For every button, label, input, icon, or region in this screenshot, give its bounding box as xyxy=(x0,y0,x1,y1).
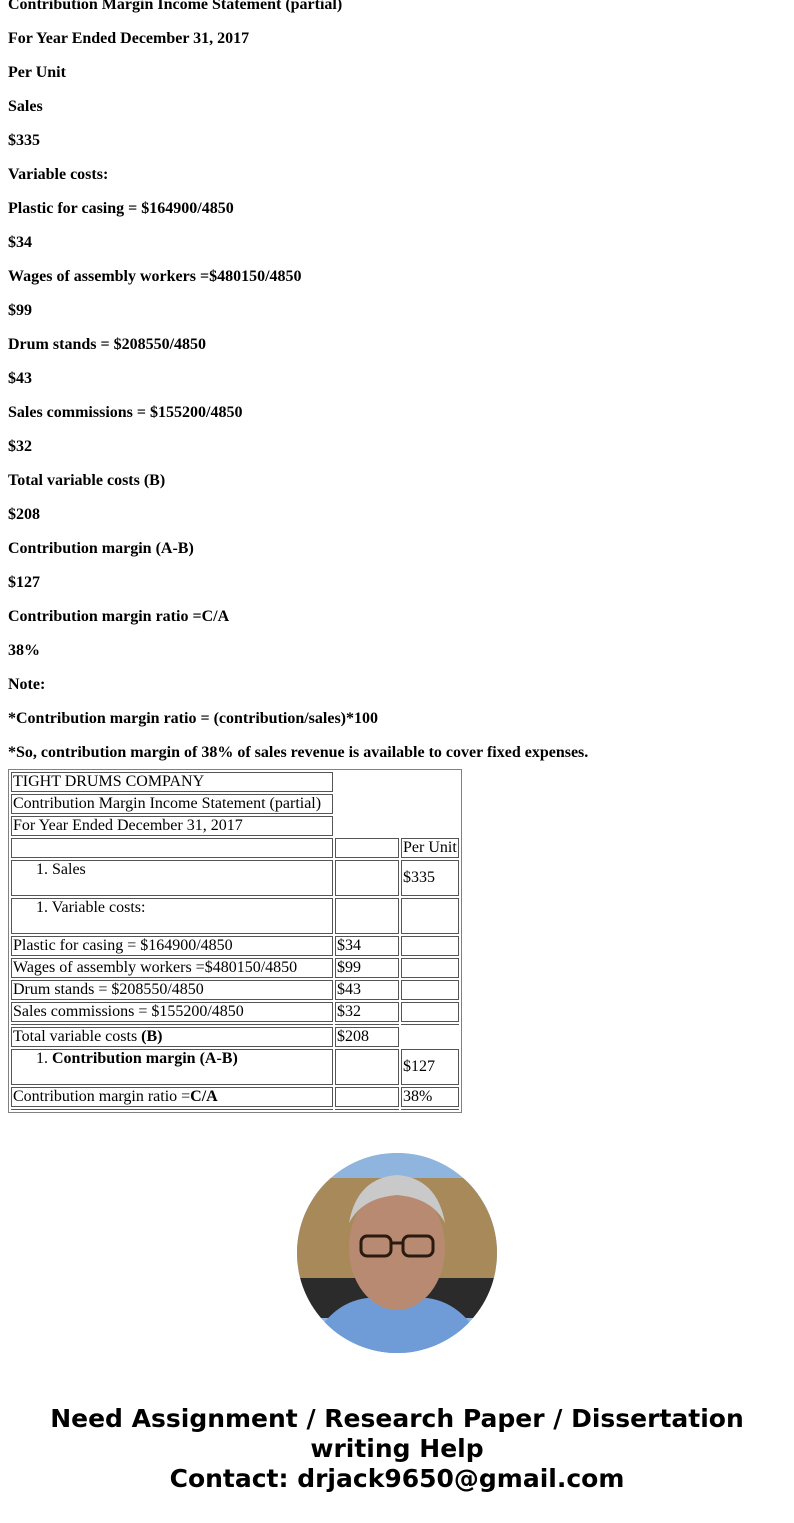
solution-line: $127 xyxy=(8,566,588,600)
contribution-margin-label: 1. Contribution margin (A-B) xyxy=(11,1049,333,1085)
sales-label: 1. Sales xyxy=(11,860,333,896)
ratio-label: Contribution margin ratio =C/A xyxy=(11,1087,333,1107)
solution-line: $335 xyxy=(8,124,588,158)
solution-line: Wages of assembly workers =$480150/4850 xyxy=(8,260,588,294)
total-variable-amount: $208 xyxy=(335,1027,399,1047)
solution-line: $208 xyxy=(8,498,588,532)
solution-line: Drum stands = $208550/4850 xyxy=(8,328,588,362)
statement-period: For Year Ended December 31, 2017 xyxy=(11,816,333,836)
solution-line: Note: xyxy=(8,668,588,702)
solution-line: $32 xyxy=(8,430,588,464)
footer-contact: Contact: drjack9650@gmail.com xyxy=(0,1464,794,1494)
solution-line: Plastic for casing = $164900/4850 xyxy=(8,192,588,226)
income-statement-table: TIGHT DRUMS COMPANY Contribution Margin … xyxy=(8,769,462,1113)
solution-line: Sales xyxy=(8,90,588,124)
table-row: Sales commissions = $155200/4850$32 xyxy=(11,1002,459,1022)
contact-footer: Need Assignment / Research Paper / Disse… xyxy=(0,1404,794,1494)
ratio-value: 38% xyxy=(401,1087,459,1107)
solution-line: For Year Ended December 31, 2017 xyxy=(8,22,588,56)
contribution-margin-per-unit: $127 xyxy=(401,1049,459,1085)
solution-line: Total variable costs (B) xyxy=(8,464,588,498)
solution-line: Variable costs: xyxy=(8,158,588,192)
solution-line: $99 xyxy=(8,294,588,328)
sales-per-unit: $335 xyxy=(401,860,459,896)
solution-line: Sales commissions = $155200/4850 xyxy=(8,396,588,430)
solution-line: $34 xyxy=(8,226,588,260)
portrait-image xyxy=(297,1153,497,1353)
solution-line: 38% xyxy=(8,634,588,668)
solution-line: $43 xyxy=(8,362,588,396)
footer-line-1: Need Assignment / Research Paper / Disse… xyxy=(0,1404,794,1434)
solution-line: *Contribution margin ratio = (contributi… xyxy=(8,702,588,736)
per-unit-header: Per Unit xyxy=(401,838,459,858)
solution-line: Contribution Margin Income Statement (pa… xyxy=(8,0,588,22)
footer-line-2: writing Help xyxy=(0,1434,794,1464)
statement-title: Contribution Margin Income Statement (pa… xyxy=(11,794,333,814)
table-row: Wages of assembly workers =$480150/4850$… xyxy=(11,958,459,978)
solution-text: Contribution Margin Income Statement (pa… xyxy=(8,0,588,770)
table-row: Drum stands = $208550/4850$43 xyxy=(11,980,459,1000)
total-variable-label: Total variable costs (B) xyxy=(11,1027,333,1047)
solution-line: Contribution margin ratio =C/A xyxy=(8,600,588,634)
company-name: TIGHT DRUMS COMPANY xyxy=(11,772,333,792)
solution-line: *So, contribution margin of 38% of sales… xyxy=(8,736,588,770)
author-photo xyxy=(297,1153,497,1353)
solution-line: Contribution margin (A-B) xyxy=(8,532,588,566)
table-row: Plastic for casing = $164900/4850$34 xyxy=(11,936,459,956)
variable-costs-label: 1. Variable costs: xyxy=(11,898,333,934)
solution-line: Per Unit xyxy=(8,56,588,90)
